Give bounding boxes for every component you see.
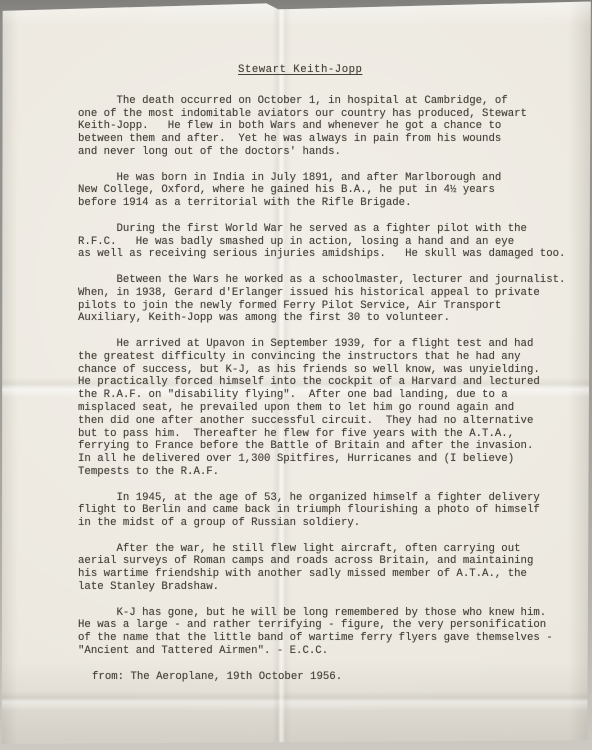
paragraph-1: The death occurred on October 1, in hosp… (78, 95, 568, 159)
paragraph-4: Between the Wars he worked as a schoolma… (78, 274, 568, 325)
letter-body: Stewart Keith-Jopp The death occurred on… (78, 64, 568, 683)
document-title: Stewart Keith-Jopp (238, 64, 362, 77)
paragraph-6: In 1945, at the age of 53, he organized … (78, 492, 568, 530)
paragraph-5: He arrived at Upavon in September 1939, … (78, 338, 568, 479)
letter-paper: Stewart Keith-Jopp The death occurred on… (0, 0, 592, 750)
paragraph-7: After the war, he still flew light aircr… (78, 543, 568, 594)
source-citation: from: The Aeroplane, 19th October 1956. (92, 671, 568, 684)
paragraph-2: He was born in India in July 1891, and a… (78, 172, 568, 210)
paragraph-3: During the first World War he served as … (78, 223, 568, 261)
paragraph-8: K-J has gone, but he will be long rememb… (78, 607, 568, 658)
photo-backdrop: Stewart Keith-Jopp The death occurred on… (0, 0, 592, 750)
